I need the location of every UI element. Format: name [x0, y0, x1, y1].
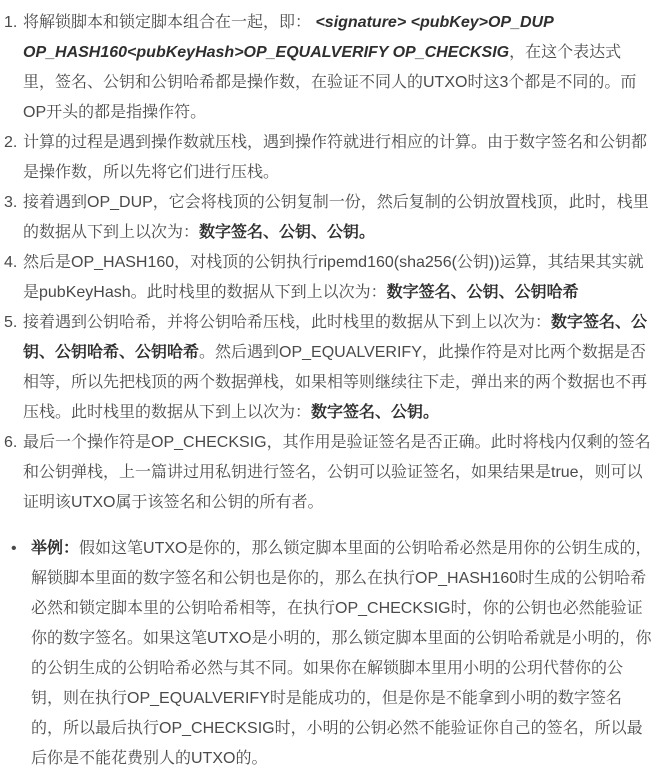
list-number: 6.: [4, 428, 17, 458]
example-text: 假如这笔UTXO是你的，那么锁定脚本里面的公钥哈希必然是用你的公钥生成的，解锁脚…: [31, 540, 651, 767]
example-item: •举例：假如这笔UTXO是你的，那么锁定脚本里面的公钥哈希必然是用你的公钥生成的…: [31, 534, 653, 774]
list-item-6: 6.最后一个操作符是OP_CHECKSIG，其作用是验证签名是否正确。此时将栈内…: [23, 428, 653, 518]
stack-state: 数字签名、公钥、公钥。: [199, 224, 375, 241]
text-run: 计算的过程是遇到操作数就压栈，遇到操作符就进行相应的计算。由于数字签名和公钥都是…: [23, 134, 647, 181]
stack-state: 数字签名、公钥、公钥哈希: [387, 284, 579, 301]
stack-state: 数字签名、公钥。: [311, 404, 439, 421]
list-item-3: 3.接着遇到OP_DUP，它会将栈顶的公钥复制一份，然后复制的公钥放置栈顶，此时…: [23, 188, 653, 248]
text-run: 最后一个操作符是OP_CHECKSIG，其作用是验证签名是否正确。此时将栈内仅剩…: [23, 434, 651, 511]
numbered-list: 1.将解锁脚本和锁定脚本组合在一起，即： <signature> <pubKey…: [4, 8, 653, 518]
list-item-4: 4.然后是OP_HASH160，对栈顶的公钥执行ripemd160(sha256…: [23, 248, 653, 308]
article-body: 1.将解锁脚本和锁定脚本组合在一起，即： <signature> <pubKey…: [0, 0, 663, 774]
list-number: 1.: [4, 8, 17, 38]
bullet-list: •举例：假如这笔UTXO是你的，那么锁定脚本里面的公钥哈希必然是用你的公钥生成的…: [4, 534, 653, 774]
text-run: 接着遇到公钥哈希，并将公钥哈希压栈，此时栈里的数据从下到上以次为：: [23, 314, 551, 331]
list-number: 4.: [4, 248, 17, 278]
list-item-5: 5.接着遇到公钥哈希，并将公钥哈希压栈，此时栈里的数据从下到上以次为：数字签名、…: [23, 308, 653, 428]
list-number: 2.: [4, 128, 17, 158]
list-number: 3.: [4, 188, 17, 218]
example-label: 举例：: [31, 540, 79, 557]
text-run: 将解锁脚本和锁定脚本组合在一起，即：: [23, 14, 315, 31]
bullet-icon: •: [11, 534, 17, 564]
list-item-2: 2.计算的过程是遇到操作数就压栈，遇到操作符就进行相应的计算。由于数字签名和公钥…: [23, 128, 653, 188]
list-item-1: 1.将解锁脚本和锁定脚本组合在一起，即： <signature> <pubKey…: [23, 8, 653, 128]
list-number: 5.: [4, 308, 17, 338]
